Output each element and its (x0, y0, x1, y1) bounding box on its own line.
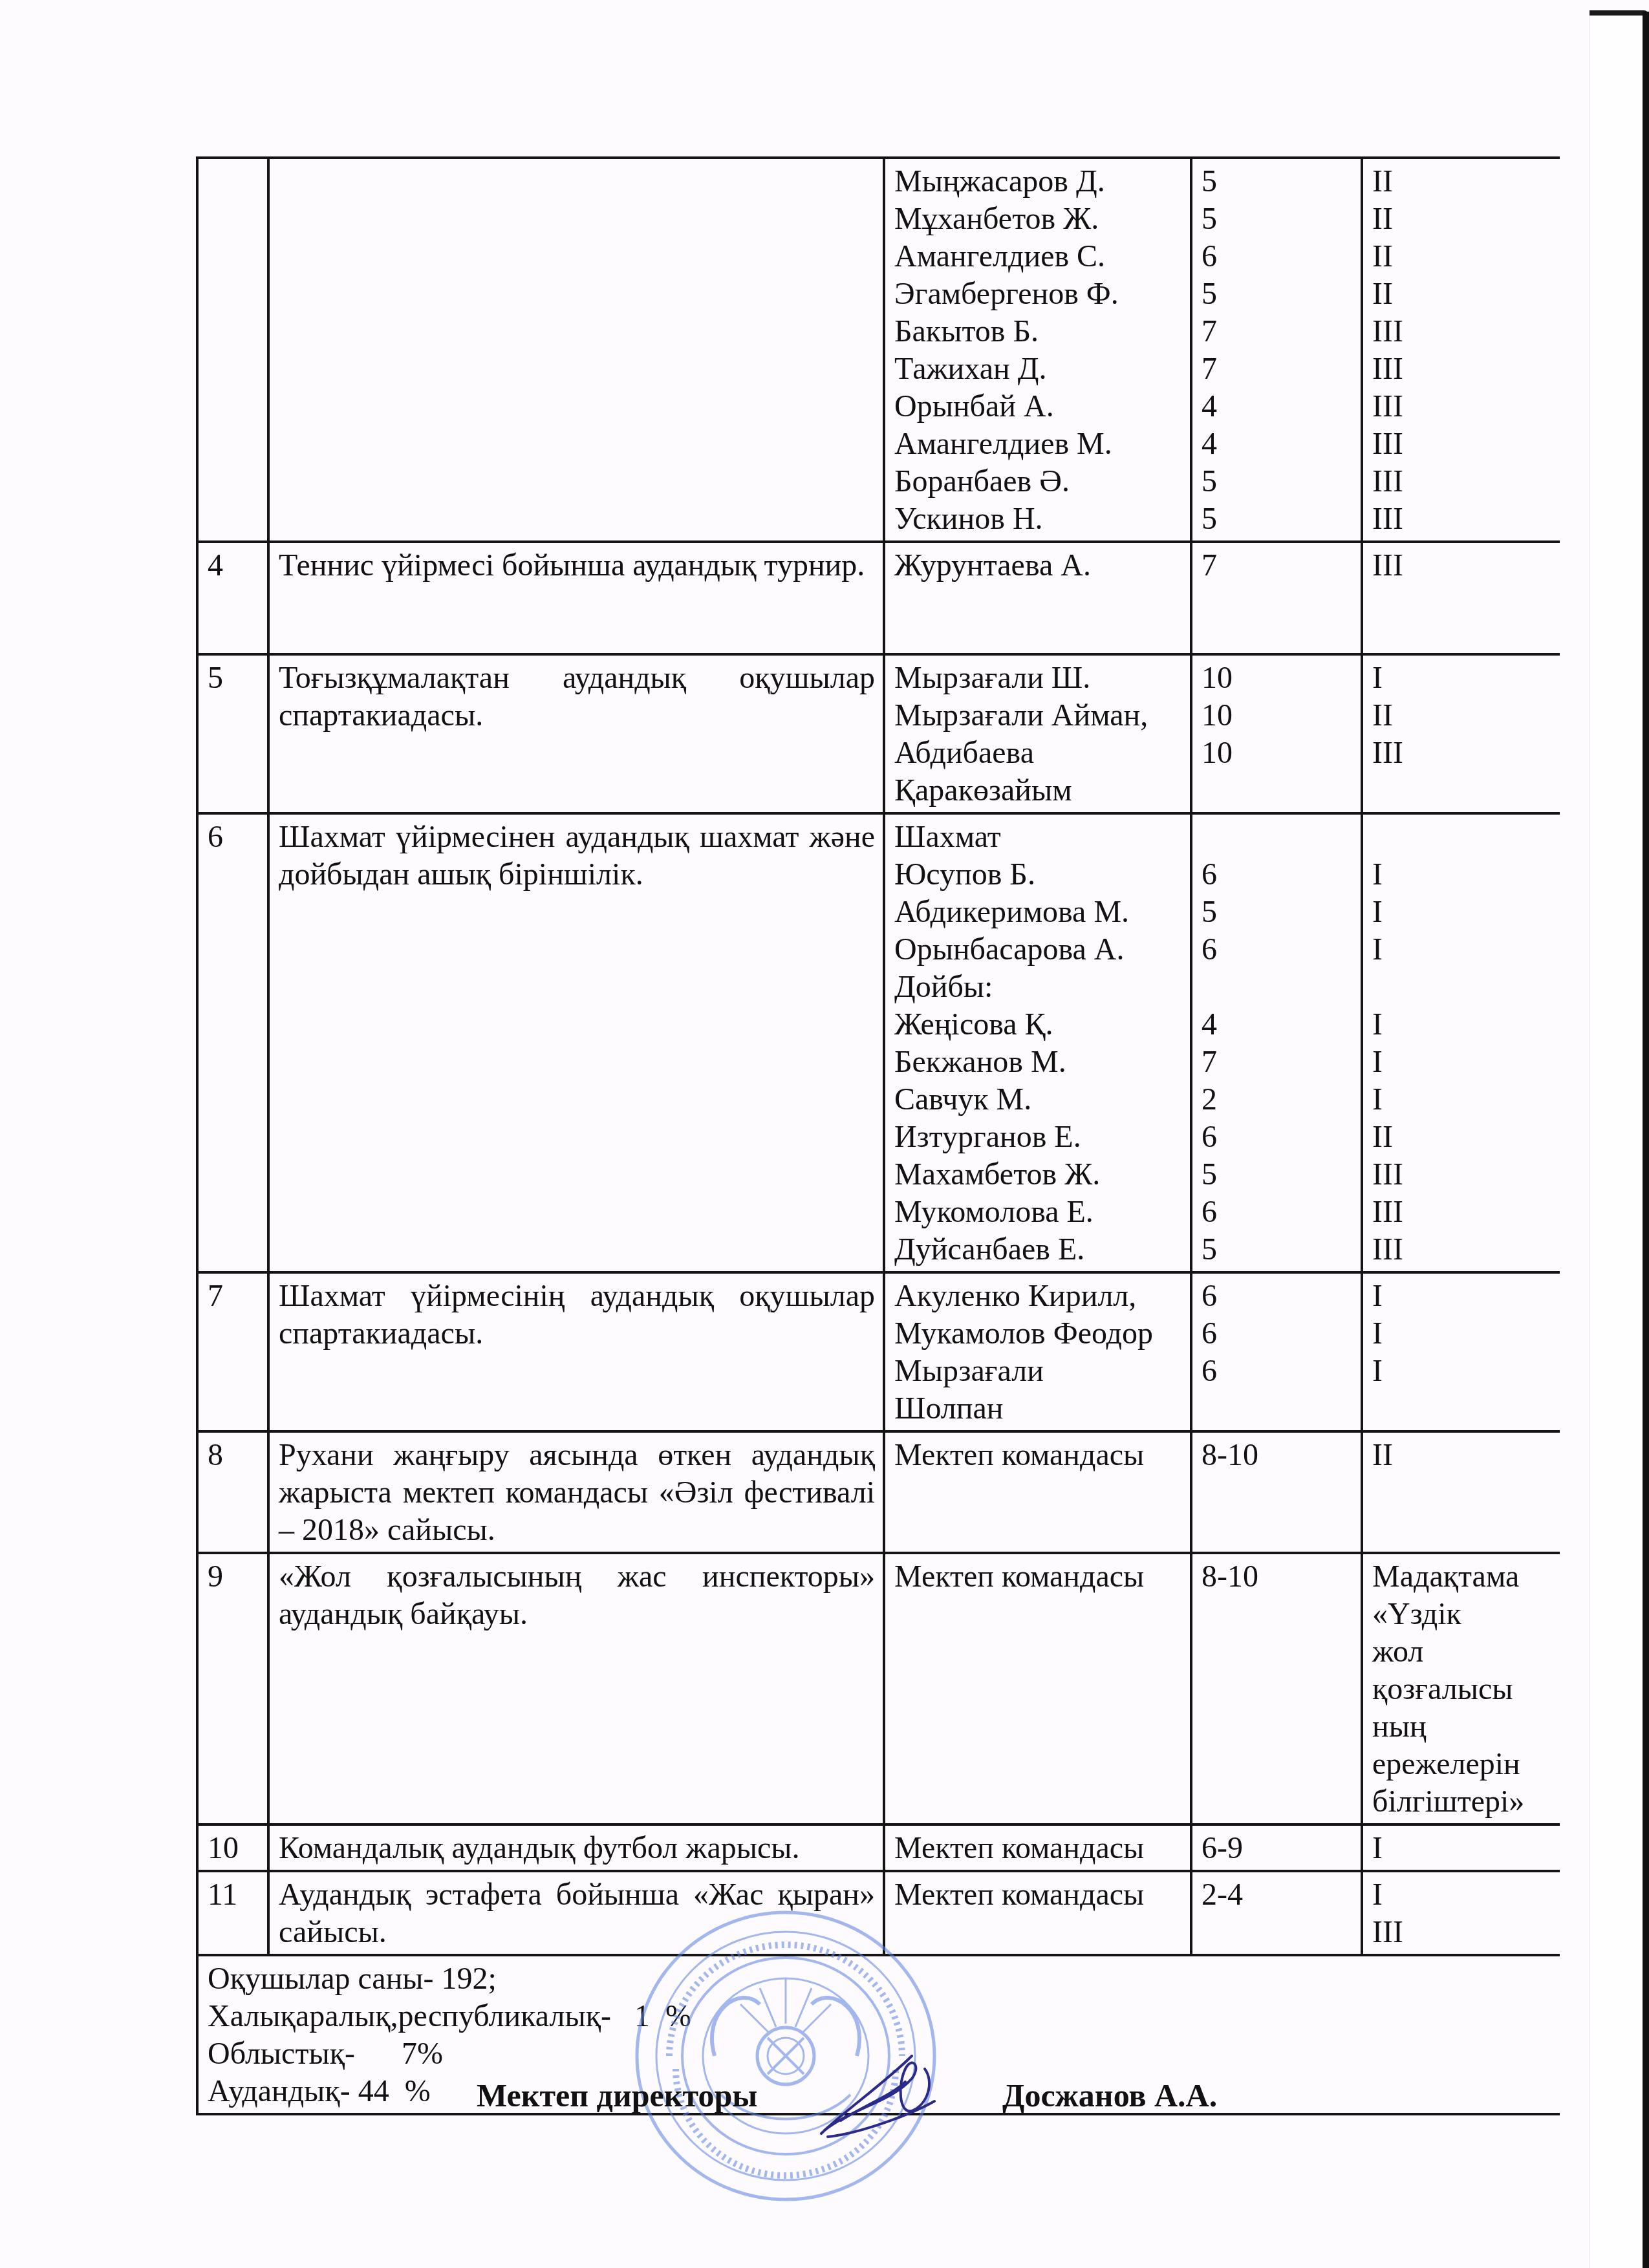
participant-name: Амангелдиев М. (894, 425, 1182, 463)
participants-cell: Акуленко Кирилл,Мукамолов ФеодорМырзағал… (884, 1272, 1191, 1431)
result-place (1372, 772, 1552, 809)
participant-name: Абдикеримова М. (894, 893, 1182, 931)
table-row: 5Тоғызқұмалақтан аудандық оқушылар спарт… (197, 654, 1560, 813)
grade-value: 6 (1202, 1353, 1353, 1390)
grade-value: 5 (1202, 500, 1353, 538)
grade-value (1202, 818, 1353, 856)
grade-value: 4 (1202, 425, 1353, 463)
participant-name: Мыңжасаров Д. (894, 163, 1182, 200)
awards-table-body: Мыңжасаров Д.Мұханбетов Ж.Амангелдиев С.… (197, 158, 1560, 1955)
result-cell: IIII (1362, 1871, 1560, 1955)
grade-value: 5 (1202, 1231, 1353, 1268)
row-number: 4 (208, 548, 223, 583)
participant-name: Бакытов Б. (894, 313, 1182, 350)
participant-name: Эгамбергенов Ф. (894, 275, 1182, 313)
participant-name: Дуйсанбаев Е. (894, 1231, 1182, 1268)
result-place: I (1372, 659, 1552, 697)
event-cell: Тоғызқұмалақтан аудандық оқушылар спарта… (268, 654, 884, 813)
grade-value: 7 (1202, 350, 1353, 388)
event-name: Аудандық эстафета бойынша «Жас қыран» са… (279, 1878, 875, 1949)
grade-value: 8-10 (1202, 1558, 1353, 1596)
participants-cell: Мектеп командасы (884, 1431, 1191, 1553)
table-row: 11Аудандық эстафета бойынша «Жас қыран» … (197, 1871, 1560, 1955)
result-cell: IIIIIIIIIIIIIIIIIIIIIIIIII (1362, 158, 1560, 542)
result-place: I (1372, 856, 1552, 893)
grade-value: 6 (1202, 1193, 1353, 1231)
table-row: 6Шахмат үйірмесінен аудандық шахмат және… (197, 813, 1560, 1272)
row-number-cell: 6 (197, 813, 268, 1272)
event-cell: Шахмат үйірмесінің аудандық оқушылар спа… (268, 1272, 884, 1431)
director-title: Мектеп директоры (477, 2077, 757, 2114)
participant-name: Шахмат (894, 818, 1182, 856)
grade-value: 5 (1202, 893, 1353, 931)
row-number-cell (197, 158, 268, 542)
row-number: 6 (208, 820, 223, 854)
result-place: II (1372, 200, 1552, 238)
grade-value: 5 (1202, 275, 1353, 313)
scan-margin-strip (1590, 12, 1643, 2268)
row-number: 7 (208, 1279, 223, 1313)
grade-value: 7 (1202, 1043, 1353, 1081)
result-cell: III (1362, 1272, 1560, 1431)
participant-name: Қаракөзайым (894, 772, 1182, 809)
participants-cell: Мырзағали Ш.Мырзағали Айман,АбдибаеваҚар… (884, 654, 1191, 813)
result-place: III (1372, 547, 1552, 584)
result-place: III (1372, 313, 1552, 350)
row-number-cell: 9 (197, 1553, 268, 1824)
grade-value: 5 (1202, 163, 1353, 200)
grade-value: 6 (1202, 238, 1353, 275)
event-cell: Командалық аудандық футбол жарысы. (268, 1824, 884, 1871)
table-row: 9«Жол қозғалысының жас инспекторы» аудан… (197, 1553, 1560, 1824)
table-row: 7Шахмат үйірмесінің аудандық оқушылар сп… (197, 1272, 1560, 1431)
participants-cell: Мектеп командасы (884, 1824, 1191, 1871)
participants-cell: ШахматЮсупов Б.Абдикеримова М.Орынбасаро… (884, 813, 1191, 1272)
grade-value: 2-4 (1202, 1876, 1353, 1914)
result-place: ның (1372, 1708, 1560, 1746)
result-place: III (1372, 1193, 1552, 1231)
result-place: III (1372, 425, 1552, 463)
participant-name: Савчук М. (894, 1081, 1182, 1118)
participant-name: Бекжанов М. (894, 1043, 1182, 1081)
grade-value: 4 (1202, 1006, 1353, 1043)
result-place: білгіштері» (1372, 1783, 1560, 1821)
event-name: Шахмат үйірмесінің аудандық оқушылар спа… (279, 1279, 875, 1351)
participant-name: Жеңісова Қ. (894, 1006, 1182, 1043)
result-place: II (1372, 1437, 1552, 1474)
grade-cell: 5565774455 (1191, 158, 1362, 542)
scan-edge-right (1643, 12, 1649, 2268)
result-place: II (1372, 1118, 1552, 1156)
event-cell: Теннис үйірмесі бойынша аудандық турнир. (268, 542, 884, 654)
grade-value (1202, 968, 1353, 1006)
event-cell (268, 158, 884, 542)
participant-name: Ускинов Н. (894, 500, 1182, 538)
row-number-cell: 10 (197, 1824, 268, 1871)
grade-cell: 666 (1191, 1272, 1362, 1431)
director-name: Досжанов А.А. (1002, 2077, 1217, 2114)
event-name: Шахмат үйірмесінен аудандық шахмат және … (279, 820, 875, 892)
result-place: I (1372, 931, 1552, 968)
event-name: «Жол қозғалысының жас инспекторы» ауданд… (279, 1559, 875, 1631)
result-place: I (1372, 1278, 1552, 1315)
row-number-cell: 4 (197, 542, 268, 654)
participant-name: Мукомолова Е. (894, 1193, 1182, 1231)
participant-name: Махамбетов Ж. (894, 1156, 1182, 1193)
result-place: I (1372, 1315, 1552, 1353)
participant-name: Юсупов Б. (894, 856, 1182, 893)
result-place: III (1372, 463, 1552, 500)
table-row: Мыңжасаров Д.Мұханбетов Ж.Амангелдиев С.… (197, 158, 1560, 542)
grade-value: 8-10 (1202, 1437, 1353, 1474)
grade-value: 6 (1202, 1315, 1353, 1353)
event-name: Тоғызқұмалақтан аудандық оқушылар спарта… (279, 661, 875, 733)
participant-name: Мектеп командасы (894, 1437, 1182, 1474)
grade-cell: 2-4 (1191, 1871, 1362, 1955)
result-place: III (1372, 1914, 1552, 1951)
participant-name: Мукамолов Феодор (894, 1315, 1182, 1353)
grade-cell: 101010 (1191, 654, 1362, 813)
result-place: III (1372, 1156, 1552, 1193)
participant-name: Шолпан (894, 1390, 1182, 1428)
participant-name: Мектеп командасы (894, 1558, 1182, 1596)
participant-name: Журунтаева А. (894, 547, 1182, 584)
table-row: 10Командалық аудандық футбол жарысы.Мект… (197, 1824, 1560, 1871)
event-name: Теннис үйірмесі бойынша аудандық турнир. (279, 548, 865, 583)
result-place: қозғалысы (1372, 1671, 1560, 1708)
event-cell: «Жол қозғалысының жас инспекторы» ауданд… (268, 1553, 884, 1824)
row-number-cell: 7 (197, 1272, 268, 1431)
grade-value: 6-9 (1202, 1830, 1353, 1867)
result-place: III (1372, 734, 1552, 772)
result-cell: I (1362, 1824, 1560, 1871)
participant-name: Мырзағали Ш. (894, 659, 1182, 697)
result-place: I (1372, 1353, 1552, 1390)
signature-block: Мектеп директоры Досжанов А.А. (0, 2069, 1649, 2127)
grade-cell: 8-10 (1191, 1431, 1362, 1553)
result-place: I (1372, 893, 1552, 931)
result-place: I (1372, 1830, 1552, 1867)
grade-value: 10 (1202, 697, 1353, 734)
result-place: «Үздік (1372, 1596, 1560, 1633)
participant-name: Изтурганов Е. (894, 1118, 1182, 1156)
grade-value: 7 (1202, 313, 1353, 350)
signature-icon (815, 2043, 938, 2146)
result-place: I (1372, 1043, 1552, 1081)
result-place (1372, 818, 1552, 856)
result-place: I (1372, 1006, 1552, 1043)
result-cell: Мадақтама «Үздікжолқозғалысыныңережелері… (1362, 1553, 1560, 1824)
event-name: Рухани жаңғыру аясында өткен аудандық жа… (279, 1438, 875, 1547)
result-place: II (1372, 163, 1552, 200)
row-number-cell: 8 (197, 1431, 268, 1553)
grade-value: 6 (1202, 1118, 1353, 1156)
event-cell: Шахмат үйірмесінен аудандық шахмат және … (268, 813, 884, 1272)
event-cell: Рухани жаңғыру аясында өткен аудандық жа… (268, 1431, 884, 1553)
row-number: 11 (208, 1878, 237, 1912)
row-number: 10 (208, 1831, 239, 1865)
participant-name: Абдибаева (894, 734, 1182, 772)
table-row: 4Теннис үйірмесі бойынша аудандық турнир… (197, 542, 1560, 654)
result-cell: IIIIIIIIIIIIIIIII (1362, 813, 1560, 1272)
table-row: 8Рухани жаңғыру аясында өткен аудандық ж… (197, 1431, 1560, 1553)
row-number-cell: 5 (197, 654, 268, 813)
grade-cell: 6-9 (1191, 1824, 1362, 1871)
result-place: жол (1372, 1633, 1560, 1671)
result-cell: II (1362, 1431, 1560, 1553)
grade-value: 5 (1202, 200, 1353, 238)
result-place: III (1372, 388, 1552, 425)
result-cell: III (1362, 542, 1560, 654)
grade-value: 6 (1202, 856, 1353, 893)
grade-value: 7 (1202, 547, 1353, 584)
result-place: III (1372, 350, 1552, 388)
grade-value: 10 (1202, 734, 1353, 772)
result-place: II (1372, 275, 1552, 313)
scan-edge-top (1590, 10, 1649, 16)
result-place: ережелерін (1372, 1746, 1560, 1783)
grade-cell: 6564726565 (1191, 813, 1362, 1272)
grade-value (1202, 772, 1353, 809)
result-place: II (1372, 238, 1552, 275)
grade-value: 6 (1202, 931, 1353, 968)
result-place: I (1372, 1876, 1552, 1914)
grade-value: 4 (1202, 388, 1353, 425)
grade-cell: 8-10 (1191, 1553, 1362, 1824)
row-number-cell: 11 (197, 1871, 268, 1955)
summary-line-international: Халықаралық,республикалық- 1 % (208, 1998, 1552, 2035)
participant-name: Мырзағали Айман, (894, 697, 1182, 734)
event-cell: Аудандық эстафета бойынша «Жас қыран» са… (268, 1871, 884, 1955)
participants-cell: Мектеп командасы (884, 1871, 1191, 1955)
participant-name: Мектеп командасы (894, 1830, 1182, 1867)
participant-name: Орынбай А. (894, 388, 1182, 425)
result-place: I (1372, 1081, 1552, 1118)
grade-value: 5 (1202, 463, 1353, 500)
result-place (1372, 968, 1552, 1006)
participants-cell: Мыңжасаров Д.Мұханбетов Ж.Амангелдиев С.… (884, 158, 1191, 542)
result-place: III (1372, 500, 1552, 538)
summary-line-students: Оқушылар саны- 192; (208, 1960, 1552, 1998)
participant-name: Амангелдиев С. (894, 238, 1182, 275)
participant-name: Мырзағали (894, 1353, 1182, 1390)
participant-name: Боранбаев Ә. (894, 463, 1182, 500)
participant-name: Мектеп командасы (894, 1876, 1182, 1914)
grade-value: 2 (1202, 1081, 1353, 1118)
participants-cell: Мектеп командасы (884, 1553, 1191, 1824)
grade-value: 10 (1202, 659, 1353, 697)
grade-value: 5 (1202, 1156, 1353, 1193)
grade-value: 6 (1202, 1278, 1353, 1315)
result-place: III (1372, 1231, 1552, 1268)
participant-name: Акуленко Кирилл, (894, 1278, 1182, 1315)
row-number: 8 (208, 1438, 223, 1472)
grade-cell: 7 (1191, 542, 1362, 654)
result-cell: IIIIII (1362, 654, 1560, 813)
participant-name: Орынбасарова А. (894, 931, 1182, 968)
awards-table: Мыңжасаров Д.Мұханбетов Ж.Амангелдиев С.… (196, 156, 1560, 2115)
grade-value (1202, 1390, 1353, 1428)
participant-name: Тажихан Д. (894, 350, 1182, 388)
result-place: Мадақтама (1372, 1558, 1560, 1596)
result-place (1372, 1390, 1552, 1428)
participant-name: Мұханбетов Ж. (894, 200, 1182, 238)
participants-cell: Журунтаева А. (884, 542, 1191, 654)
result-place: II (1372, 697, 1552, 734)
row-number: 5 (208, 661, 223, 695)
row-number: 9 (208, 1559, 223, 1594)
event-name: Командалық аудандық футбол жарысы. (279, 1831, 800, 1865)
participant-name: Дойбы: (894, 968, 1182, 1006)
